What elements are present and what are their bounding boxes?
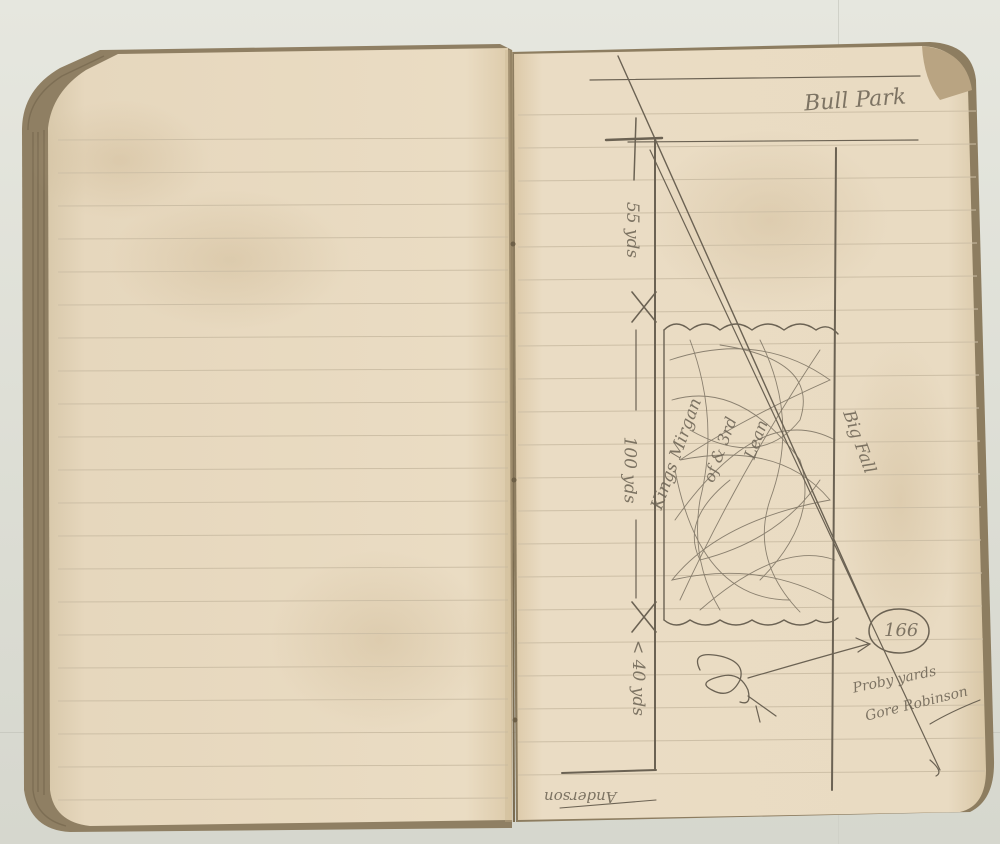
stitch-hole	[511, 242, 516, 247]
measurement-top: 55 yds	[622, 202, 642, 258]
measurement-middle: 100 yds	[620, 436, 640, 503]
stitch-hole	[513, 718, 518, 723]
stitch-hole	[512, 478, 517, 483]
bottom-label: Anderson	[544, 788, 617, 806]
measurement-bottom: < 40 yds	[628, 640, 648, 716]
open-notebook: Bull Park 55 yds 100 yds < 40 yds Kings …	[0, 0, 1000, 844]
circled-number: 166	[884, 620, 918, 641]
